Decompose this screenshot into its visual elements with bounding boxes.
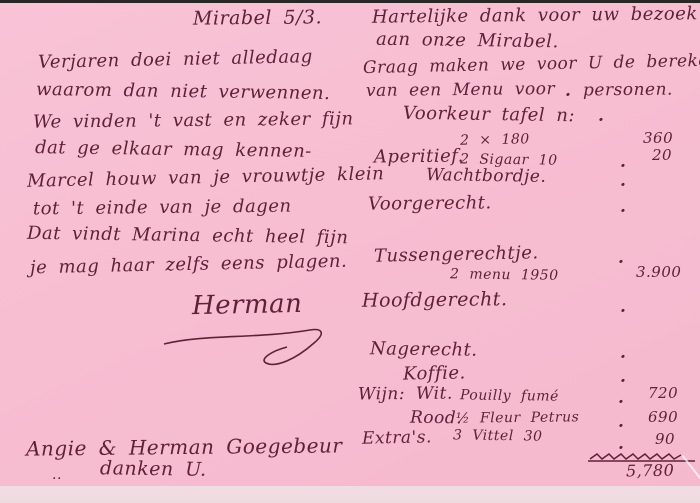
offer-line-1: Graag maken we voor U de berekening [363, 51, 700, 78]
bill-wijn-rood-dot: . [618, 413, 624, 432]
signature-flourish-icon [160, 322, 340, 374]
scan-bottom-edge [0, 486, 700, 503]
bill-wijn-rood-amount: 690 [648, 409, 678, 426]
offer-line-2-prefix: van een Menu voor [366, 80, 555, 101]
bill-wijn-wit-detail: Pouilly fumé [460, 388, 559, 405]
bill-aperitief-label: Aperitief. [374, 147, 464, 168]
bill-total: 5,780 [626, 461, 675, 480]
offer-line-2-suffix: personen. [583, 81, 673, 101]
bill-wijn-wit-label: Wijn: Wit. [358, 385, 453, 405]
bill-nagerecht-dot: . [620, 344, 626, 363]
closing-names: Angie & Herman Goegebeur [26, 434, 343, 459]
bill-extras-label: Extra's. [362, 428, 432, 448]
date-line: Mirabel 5/3. [193, 7, 322, 29]
poem-line-1: Verjaren doei niet alledaag [38, 47, 313, 73]
intro-line-2: aan onze Mirabel. [376, 30, 559, 52]
bill-aperitief-amount-1: 360 [643, 130, 673, 147]
bill-wachtbordje-label: Wachtbordje. [426, 166, 547, 186]
poem-line-7: Dat vindt Marina echt heel fijn [27, 224, 349, 248]
bill-menu-detail: 2 menu 1950 [450, 267, 559, 284]
bill-voorgerecht-dot: . [620, 198, 626, 217]
bill-koffie-dot: . [620, 368, 626, 387]
bill-wijn-rood-detail: ½ Fleur Petrus [456, 410, 579, 427]
bill-extras-detail: 3 Vittel 30 [453, 428, 543, 445]
bill-wachtbordje-dot: . [620, 172, 626, 191]
poem-line-6: tot 't einde van je dagen [33, 197, 292, 220]
scanned-thank-you-note: Mirabel 5/3. Verjaren doei niet alledaag… [0, 0, 700, 503]
bill-extras-amount: 90 [655, 431, 675, 448]
bill-hoofdgerecht-dot: . [620, 298, 626, 317]
bill-tussengerecht-label: Tussengerechtje. [374, 243, 539, 266]
bill-wijn-wit-dot: . [618, 389, 624, 408]
poem-line-4: dat ge elkaar mag kennen- [35, 138, 312, 162]
closing-thanks: danken U. [100, 458, 207, 480]
bill-wijn-wit-amount: 720 [648, 385, 678, 402]
bill-menu-amount: 3.900 [636, 264, 681, 281]
bill-voorgerecht-label: Voorgerecht. [368, 193, 492, 214]
table-pref-dot: . [598, 107, 604, 126]
bill-koffie-label: Koffie. [403, 363, 466, 384]
scan-top-edge [0, 0, 700, 3]
bill-aperitief-detail-1: 2 × 180 [460, 132, 530, 149]
bill-aperitief-amount-2: 20 [652, 147, 672, 164]
bill-wijn-rood-label: Rood. [410, 409, 462, 428]
poem-line-5: Marcel houw van je vrouwtje klein [27, 164, 385, 191]
intro-line-1: Hartelijke dank voor uw bezoek [372, 4, 698, 27]
bill-nagerecht-label: Nagerecht. [370, 339, 478, 360]
bill-tussengerecht-dot: . [618, 249, 624, 268]
bill-aperitief-dot: . [620, 153, 626, 172]
persons-blank-dot: . [565, 82, 571, 101]
signature: Herman [192, 290, 303, 321]
closing-dots: .. [52, 468, 62, 483]
table-pref-label: Voorkeur tafel n: [403, 104, 575, 126]
poem-line-2: waarom dan niet verwennen. [36, 80, 331, 104]
poem-line-8: je mag haar zelfs eens plagen. [30, 252, 348, 278]
bill-hoofdgerecht-label: Hoofdgerecht. [362, 289, 508, 311]
poem-line-3: We vinden 't vast en zeker fijn [33, 109, 354, 132]
